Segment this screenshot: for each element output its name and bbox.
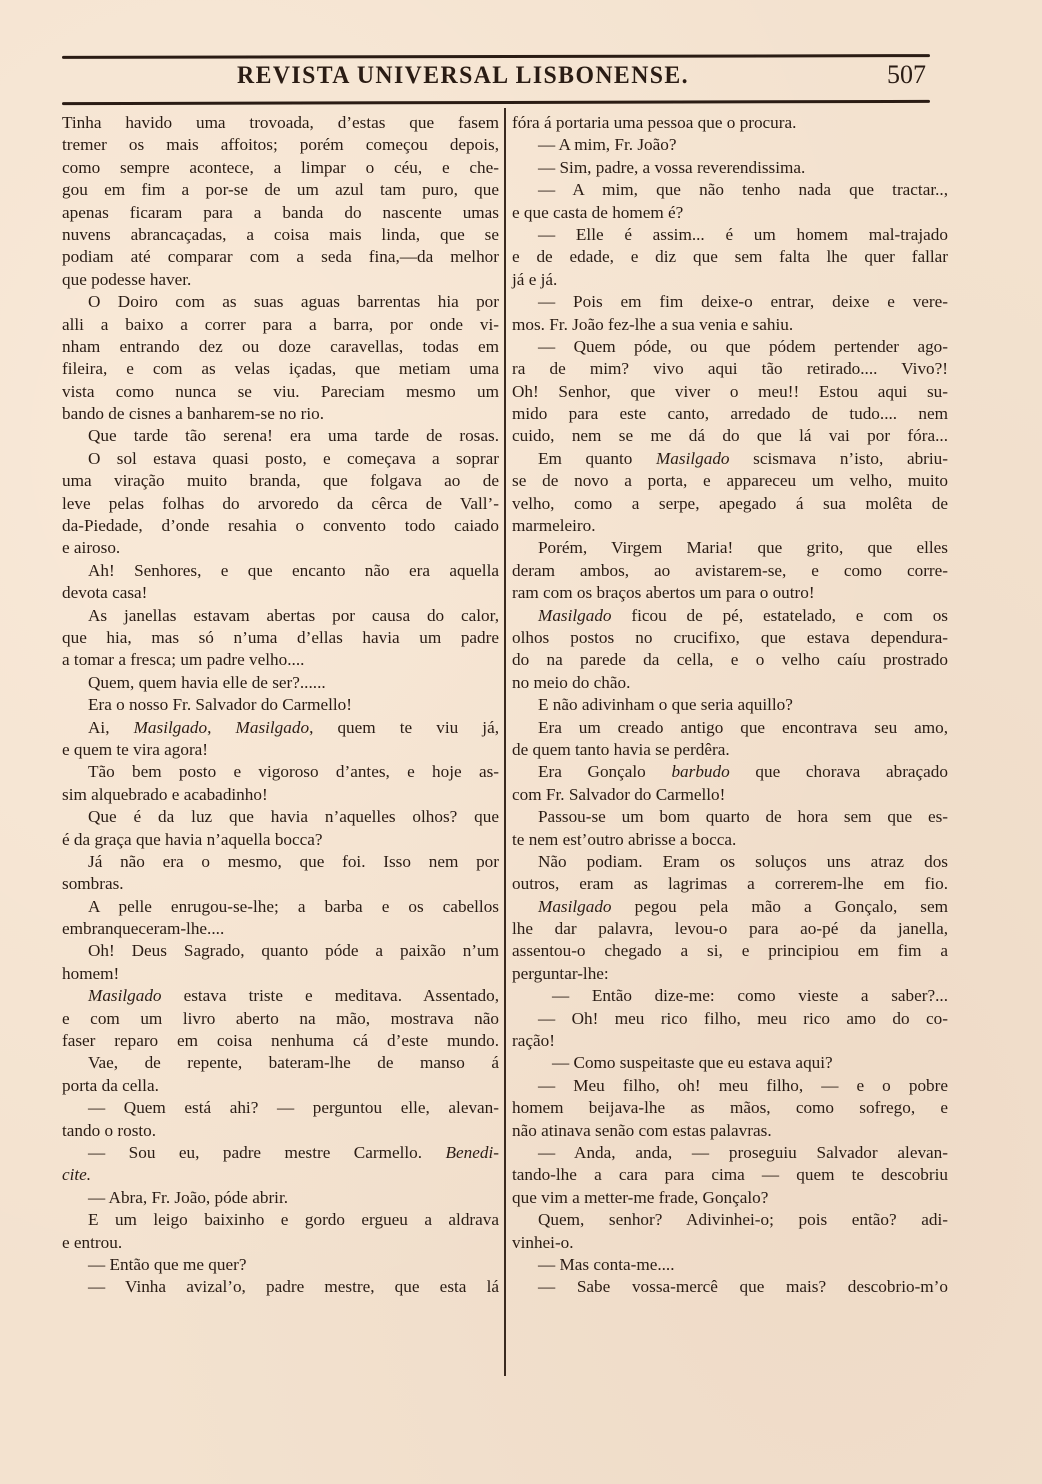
text-line: Oh! Deus Sagrado, quanto póde a paixão n…: [62, 940, 499, 962]
text-line: As janellas estavam abertas por causa do…: [62, 605, 499, 627]
text-line: Era um creado antigo que encontrava seu …: [512, 717, 948, 739]
text-line: — Sim, padre, a vossa reverendissima.: [512, 157, 948, 179]
text-line: leve pelas folhas do arvoredo da cêrca d…: [62, 493, 499, 515]
text-line: Masilgado estava triste e meditava. Asse…: [62, 985, 499, 1007]
text-line: não atinava senão com estas palavras.: [512, 1120, 948, 1142]
text-line: e entrou.: [62, 1232, 499, 1254]
text-line: Quem, senhor? Adivinhei-o; pois então? a…: [512, 1209, 948, 1231]
scanned-page: REVISTA UNIVERSAL LISBONENSE. 507 Tinha …: [0, 0, 1042, 1484]
text-line: tando o rosto.: [62, 1120, 499, 1142]
right-text-column: fóra á portaria uma pessoa que o procura…: [512, 112, 948, 1299]
text-line: ra de mim? vivo aqui tão retirado.... Vi…: [512, 358, 948, 380]
text-line: homem beijava-lhe as mãos, como sofrego,…: [512, 1097, 948, 1119]
text-line: sombras.: [62, 873, 499, 895]
text-line: — Pois em fim deixe-o entrar, deixe e ve…: [512, 291, 948, 313]
text-line: — A mim, que não tenho nada que tractar.…: [512, 179, 948, 201]
text-line: — Elle é assim... é um homem mal-trajado: [512, 224, 948, 246]
column-divider: [504, 108, 506, 1376]
text-line: que hia, mas só n’uma d’ellas havia um p…: [62, 627, 499, 649]
text-line: olhos postos no crucifixo, que estava de…: [512, 627, 948, 649]
text-line: porta da cella.: [62, 1075, 499, 1097]
text-line: vista como nunca se viu. Pareciam mesmo …: [62, 381, 499, 403]
text-line: — Sou eu, padre mestre Carmello. Benedi-: [62, 1142, 499, 1164]
text-line: Que é da luz que havia n’aquelles olhos?…: [62, 806, 499, 828]
text-line: Vae, de repente, bateram-lhe de manso á: [62, 1052, 499, 1074]
text-line: uma viração muito branda, que folgava ao…: [62, 470, 499, 492]
text-line: O Doiro com as suas aguas barrentas hia …: [62, 291, 499, 313]
text-line: nham entrando dez ou doze caravellas, to…: [62, 336, 499, 358]
text-line: perguntar-lhe:: [512, 963, 948, 985]
text-line: O sol estava quasi posto, e começava a s…: [62, 448, 499, 470]
text-line: Masilgado pegou pela mão a Gonçalo, sem: [512, 896, 948, 918]
header-top-rule: [62, 54, 930, 59]
text-line: que vim a metter-me frade, Gonçalo?: [512, 1187, 948, 1209]
text-line: é da graça que havia n’aquella bocca?: [62, 829, 499, 851]
text-line: mido para este canto, arredado de tudo..…: [512, 403, 948, 425]
text-line: ração!: [512, 1030, 948, 1052]
text-line: Tão bem posto e vigoroso d’antes, e hoje…: [62, 761, 499, 783]
text-line: — Meu filho, oh! meu filho, — e o pobre: [512, 1075, 948, 1097]
text-line: mos. Fr. João fez-lhe a sua venia e sahi…: [512, 314, 948, 336]
text-line: Era o nosso Fr. Salvador do Carmello!: [62, 694, 499, 716]
text-line: cite.: [62, 1164, 499, 1186]
text-line: alli a baixo a correr para a barra, por …: [62, 314, 499, 336]
running-header: REVISTA UNIVERSAL LISBONENSE. 507: [62, 60, 930, 100]
left-text-column: Tinha havido uma trovoada, d’estas que f…: [62, 112, 499, 1299]
text-line: — Mas conta-me....: [512, 1254, 948, 1276]
text-line: embranqueceram-lhe....: [62, 918, 499, 940]
text-line: Oh! Senhor, que viver o meu!! Estou aqui…: [512, 381, 948, 403]
text-line: no meio do chão.: [512, 672, 948, 694]
text-line: fileira, e com as velas içadas, que meti…: [62, 358, 499, 380]
text-line: como sempre acontece, a limpar o céu, e …: [62, 157, 499, 179]
text-line: — Oh! meu rico filho, meu rico amo do co…: [512, 1008, 948, 1030]
text-line: Já não era o mesmo, que foi. Isso nem po…: [62, 851, 499, 873]
text-line: te nem est’outro abrisse a bocca.: [512, 829, 948, 851]
text-line: assentou-o chegado a si, e principiou em…: [512, 940, 948, 962]
text-line: cuido, nem se me dá do que lá vai por fó…: [512, 425, 948, 447]
text-line: — Então que me quer?: [62, 1254, 499, 1276]
text-line: e que casta de homem é?: [512, 202, 948, 224]
text-line: de quem tanto havia se perdêra.: [512, 739, 948, 761]
text-line: nuvens abrancaçadas, a coisa mais linda,…: [62, 224, 499, 246]
text-line: E não adivinham o que seria aquillo?: [512, 694, 948, 716]
text-line: velho, como a serpe, apegado á sua molêt…: [512, 493, 948, 515]
text-line: gou em fim a por-se de um azul tam puro,…: [62, 179, 499, 201]
text-line: tremer os mais affoitos; porém começou d…: [62, 134, 499, 156]
header-bottom-rule: [62, 100, 930, 105]
text-line: Não podiam. Eram os soluços uns atraz do…: [512, 851, 948, 873]
text-line: — Quem póde, ou que pódem pertender ago-: [512, 336, 948, 358]
text-line: apenas ficaram para a banda do nascente …: [62, 202, 499, 224]
text-line: — Anda, anda, — proseguiu Salvador aleva…: [512, 1142, 948, 1164]
page-number: 507: [887, 60, 926, 90]
text-line: e airoso.: [62, 537, 499, 559]
text-line: — Sabe vossa-mercê que mais? descobrio-m…: [512, 1276, 948, 1298]
text-line: podiam até comparar com a seda fina,—da …: [62, 246, 499, 268]
text-line: — Então dize-me: como vieste a saber?...: [512, 985, 948, 1007]
text-line: Que tarde tão serena! era uma tarde de r…: [62, 425, 499, 447]
text-line: já e já.: [512, 269, 948, 291]
text-line: vinhei-o.: [512, 1232, 948, 1254]
text-line: — Vinha avizal’o, padre mestre, que esta…: [62, 1276, 499, 1298]
text-line: faser reparo em coisa nenhuma cá d’este …: [62, 1030, 499, 1052]
journal-title: REVISTA UNIVERSAL LISBONENSE.: [237, 62, 689, 90]
text-line: Era Gonçalo barbudo que chorava abraçado: [512, 761, 948, 783]
text-line: tando-lhe a cara para cima — quem te des…: [512, 1164, 948, 1186]
text-line: marmeleiro.: [512, 515, 948, 537]
text-line: Tinha havido uma trovoada, d’estas que f…: [62, 112, 499, 134]
text-line: e de edade, e diz que sem falta lhe quer…: [512, 246, 948, 268]
text-line: lhe dar palavra, levou-o para ao-pé da j…: [512, 918, 948, 940]
text-line: ram com os braços abertos um para o outr…: [512, 582, 948, 604]
text-line: deram ambos, ao avistarem-se, e como cor…: [512, 560, 948, 582]
text-line: Quem, quem havia elle de ser?......: [62, 672, 499, 694]
text-line: se de novo a porta, e appareceu um velho…: [512, 470, 948, 492]
text-line: E um leigo baixinho e gordo ergueu a ald…: [62, 1209, 499, 1231]
text-line: — Abra, Fr. João, póde abrir.: [62, 1187, 499, 1209]
text-line: — A mim, Fr. João?: [512, 134, 948, 156]
text-line: — Quem está ahi? — perguntou elle, aleva…: [62, 1097, 499, 1119]
text-line: Ai, Masilgado, Masilgado, quem te viu já…: [62, 717, 499, 739]
text-line: A pelle enrugou-se-lhe; a barba e os cab…: [62, 896, 499, 918]
text-line: e quem te vira agora!: [62, 739, 499, 761]
text-line: do na parede da cella, e o velho caíu pr…: [512, 649, 948, 671]
text-line: Em quanto Masilgado scismava n’isto, abr…: [512, 448, 948, 470]
text-line: bando de cisnes a banharem-se no rio.: [62, 403, 499, 425]
text-line: que podesse haver.: [62, 269, 499, 291]
text-line: — Como suspeitaste que eu estava aqui?: [512, 1052, 948, 1074]
text-line: fóra á portaria uma pessoa que o procura…: [512, 112, 948, 134]
text-line: Ah! Senhores, e que encanto não era aque…: [62, 560, 499, 582]
text-line: com Fr. Salvador do Carmello!: [512, 784, 948, 806]
text-line: da-Piedade, d’onde resahia o convento to…: [62, 515, 499, 537]
text-line: a tomar a fresca; um padre velho....: [62, 649, 499, 671]
text-line: outros, eram as lagrimas a correrem-lhe …: [512, 873, 948, 895]
text-line: Masilgado ficou de pé, estatelado, e com…: [512, 605, 948, 627]
text-line: e com um livro aberto na mão, mostrava n…: [62, 1008, 499, 1030]
text-line: homem!: [62, 963, 499, 985]
text-line: devota casa!: [62, 582, 499, 604]
text-line: sim alquebrado e acabadinho!: [62, 784, 499, 806]
text-line: Passou-se um bom quarto de hora sem que …: [512, 806, 948, 828]
text-line: Porém, Virgem Maria! que grito, que elle…: [512, 537, 948, 559]
